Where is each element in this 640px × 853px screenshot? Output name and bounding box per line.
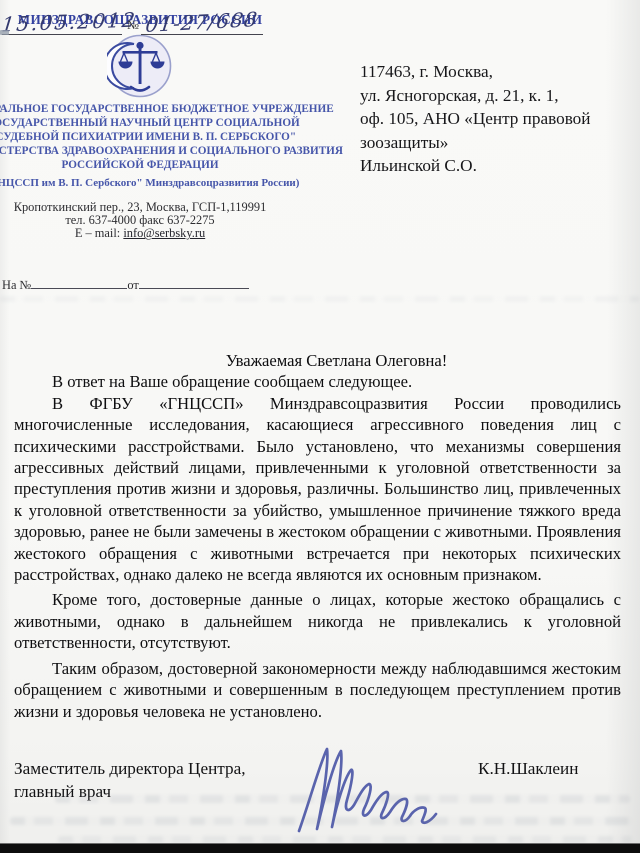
body-paragraph: Кроме того, достоверные данные о лицах, … bbox=[14, 589, 621, 653]
serbsky-center-logo bbox=[107, 33, 173, 99]
scan-noise-stripe bbox=[0, 296, 640, 302]
signer-position-line1: Заместитель директора Центра, bbox=[14, 758, 246, 781]
recipient-address-block: 117463, г. Москва, ул. Ясногорская, д. 2… bbox=[360, 60, 590, 178]
bleed-through-text bbox=[55, 795, 630, 803]
incoming-date-blank bbox=[139, 276, 249, 289]
body-paragraph: В ФГБУ «ГНЦССП» Минздравсоцразвития Росс… bbox=[14, 393, 621, 586]
number-sign: № bbox=[127, 18, 139, 33]
body-paragraph: Таким образом, достоверной закономерност… bbox=[14, 658, 621, 722]
org-name-line-3: И СУДЕБНОЙ ПСИХИАТРИИ ИМЕНИ В. П. СЕРБСК… bbox=[0, 130, 318, 144]
incoming-number-blank bbox=[31, 276, 127, 289]
handwritten-outgoing-number: 01-27/688 bbox=[141, 10, 263, 35]
org-name-line-2: "ГОСУДАРСТВЕННЫЙ НАУЧНЫЙ ЦЕНТР СОЦИАЛЬНО… bbox=[0, 116, 318, 130]
salutation: Уважаемая Светлана Олеговна! bbox=[14, 350, 621, 371]
email-line: E – mail: info@serbsky.ru bbox=[0, 227, 318, 240]
recipient-line: ул. Ясногорская, д. 21, к. 1, bbox=[360, 84, 590, 108]
bottom-black-bar bbox=[0, 843, 640, 853]
scales-psychiatry-emblem-icon bbox=[107, 33, 173, 99]
handwritten-date: 15.05.2012 bbox=[2, 10, 122, 35]
contact-block: Кропоткинский пер., 23, Москва, ГСП-1,11… bbox=[0, 201, 318, 241]
org-name-line-1: ФЕДЕРАЛЬНОЕ ГОСУДАРСТВЕННОЕ БЮДЖЕТНОЕ УЧ… bbox=[0, 102, 318, 116]
org-short-name: ("ГНЦССП им В. П. Сербского" Минздравсоц… bbox=[0, 176, 318, 190]
recipient-line: зоозащиты» bbox=[360, 131, 590, 155]
incoming-reference-line: На №от bbox=[2, 276, 249, 293]
ot-label: от bbox=[127, 278, 138, 292]
outgoing-reference-line: 15.05.2012 № 01-27/688 bbox=[0, 0, 270, 36]
org-name-line-4: МИНИСТЕРСТВА ЗДРАВООХРАНЕНИЯ И СОЦИАЛЬНО… bbox=[0, 144, 318, 158]
signer-name: К.Н.Шаклеин bbox=[478, 759, 578, 779]
scan-edge-shadow-left bbox=[0, 0, 10, 853]
scan-edge-shadow-right bbox=[606, 0, 640, 853]
email-link[interactable]: info@serbsky.ru bbox=[123, 226, 205, 240]
org-name-line-5: РОССИЙСКОЙ ФЕДЕРАЦИИ bbox=[0, 158, 318, 172]
bleed-through-text bbox=[58, 836, 632, 843]
bleed-through-text bbox=[10, 817, 632, 825]
recipient-line: 117463, г. Москва, bbox=[360, 60, 590, 84]
recipient-line: оф. 105, АНО «Центр правовой bbox=[360, 107, 590, 131]
scanned-letter-page: МИНЗДРАВСОЦРАЗВИТИЯ РОССИИ ФЕДЕРАЛЬНОЕ Г… bbox=[0, 0, 640, 853]
letter-body: Уважаемая Светлана Олеговна! В ответ на … bbox=[14, 350, 621, 722]
recipient-name: Ильинской С.О. bbox=[360, 154, 590, 178]
email-label: E – mail: bbox=[75, 226, 124, 240]
body-paragraph: В ответ на Ваше обращение сообщаем следу… bbox=[14, 371, 621, 392]
